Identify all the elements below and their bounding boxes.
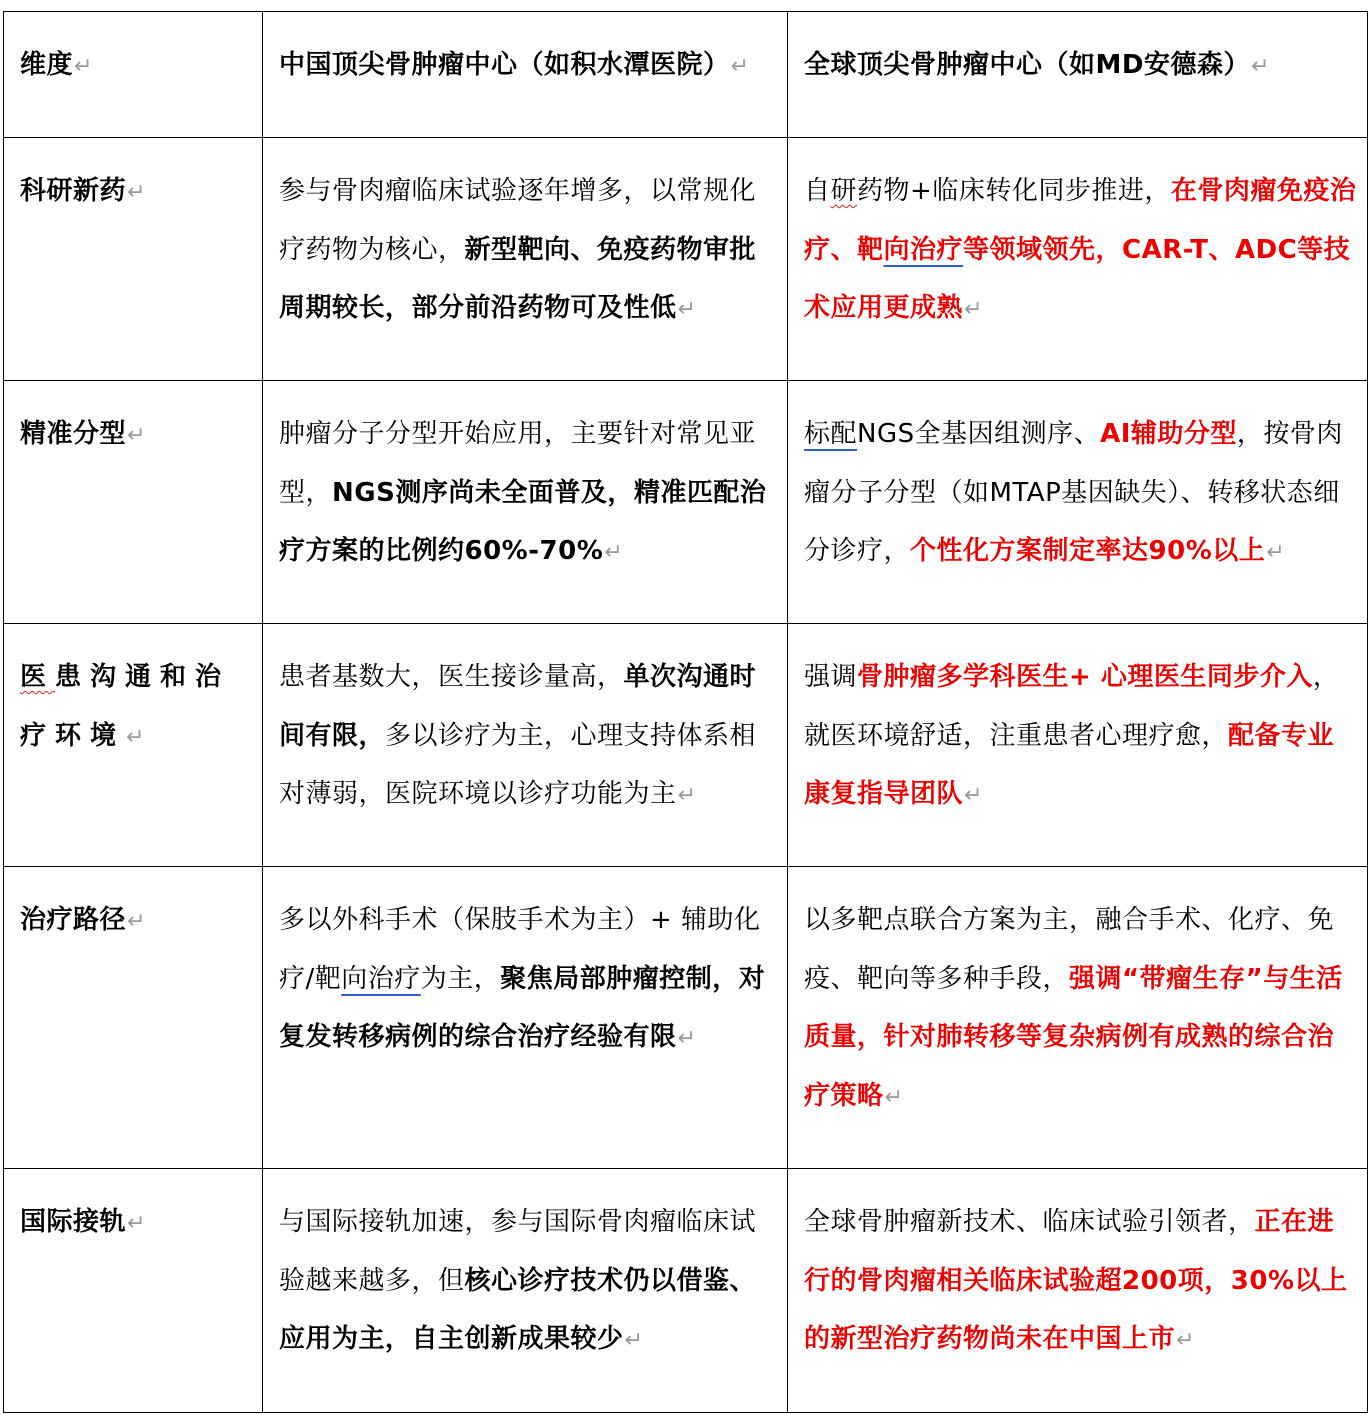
global-cell[interactable]: 全球骨肿瘤新技术、临床试验引领者，正在进行的骨肉瘤相关临床试验超200项，30%… bbox=[788, 1169, 1368, 1413]
header-row: 维度↵ 中国顶尖骨肿瘤中心（如积水潭医院）↵ 全球顶尖骨肿瘤中心（如MD安德森）… bbox=[4, 12, 1368, 138]
global-cell[interactable]: 自研药物+临床转化同步推进，在骨肉瘤免疫治疗、靶向治疗等领域领先，CAR-T、A… bbox=[788, 138, 1368, 381]
table-row: 治疗路径↵ 多以外科手术（保肢手术为主）+ 辅助化疗/靶向治疗为主，聚焦局部肿瘤… bbox=[4, 867, 1368, 1169]
global-highlight-text: 骨肿瘤多学科医生+ 心理医生同步介入 bbox=[857, 662, 1313, 692]
dimension-cell[interactable]: 治疗路径↵ bbox=[4, 867, 263, 1169]
paragraph-mark-icon: ↵ bbox=[604, 540, 623, 565]
paragraph-mark-icon: ↵ bbox=[127, 180, 146, 205]
paragraph-mark-icon: ↵ bbox=[1176, 1328, 1195, 1353]
dimension-label: 科研新药 bbox=[20, 176, 126, 206]
china-text: 患者基数大，医生接诊量高， bbox=[279, 662, 624, 692]
paragraph-mark-icon: ↵ bbox=[127, 1211, 146, 1236]
header-china-label: 中国顶尖骨肿瘤中心（如积水潭医院） bbox=[279, 50, 730, 80]
paragraph-mark-icon: ↵ bbox=[678, 1026, 697, 1051]
global-text: 药物+临床转化同步推进， bbox=[857, 176, 1171, 206]
header-cell-global[interactable]: 全球顶尖骨肿瘤中心（如MD安德森）↵ bbox=[788, 12, 1368, 138]
paragraph-mark-icon: ↵ bbox=[127, 423, 146, 448]
spellcheck-underlined-text: 研 bbox=[831, 176, 858, 206]
global-cell[interactable]: 以多靶点联合方案为主，融合手术、化疗、免疫、靶向等多种手段，强调“带瘤生存”与生… bbox=[788, 867, 1368, 1169]
global-text: NGS全基因组测序、 bbox=[857, 419, 1100, 449]
dimension-cell[interactable]: 医患沟通和治疗环境↵ bbox=[4, 624, 263, 867]
china-text-bold: NGS测序尚未全面普及，精准匹配治疗方案的比例约60%-70% bbox=[279, 478, 766, 567]
paragraph-mark-icon: ↵ bbox=[885, 1085, 904, 1110]
paragraph-mark-icon: ↵ bbox=[1251, 54, 1270, 79]
table-row: 精准分型↵ 肿瘤分子分型开始应用，主要针对常见亚型，NGS测序尚未全面普及，精准… bbox=[4, 381, 1368, 624]
paragraph-mark-icon: ↵ bbox=[126, 725, 153, 750]
header-dimension-label: 维度 bbox=[20, 50, 73, 80]
china-text: 为主， bbox=[421, 964, 501, 994]
table-row: 医患沟通和治疗环境↵ 患者基数大，医生接诊量高，单次沟通时间有限，多以诊疗为主，… bbox=[4, 624, 1368, 867]
china-cell[interactable]: 多以外科手术（保肢手术为主）+ 辅助化疗/靶向治疗为主，聚焦局部肿瘤控制，对复发… bbox=[263, 867, 788, 1169]
paragraph-mark-icon: ↵ bbox=[625, 1328, 644, 1353]
paragraph-mark-icon: ↵ bbox=[678, 297, 697, 322]
paragraph-mark-icon: ↵ bbox=[731, 54, 750, 79]
paragraph-mark-icon: ↵ bbox=[964, 297, 983, 322]
global-text: 强调 bbox=[804, 662, 857, 692]
header-global-label: 全球顶尖骨肿瘤中心（如MD安德森） bbox=[804, 50, 1250, 80]
china-cell[interactable]: 肿瘤分子分型开始应用，主要针对常见亚型，NGS测序尚未全面普及，精准匹配治疗方案… bbox=[263, 381, 788, 624]
dimension-label: 治疗路径 bbox=[20, 905, 126, 935]
grammar-underlined-text: 向治疗 bbox=[884, 235, 964, 265]
dimension-label: 国际接轨 bbox=[20, 1207, 126, 1237]
grammar-underlined-text: 向治疗 bbox=[341, 964, 421, 994]
paragraph-mark-icon: ↵ bbox=[678, 783, 697, 808]
global-text: 自 bbox=[804, 176, 831, 206]
global-highlight-text: AI辅助分型 bbox=[1100, 419, 1237, 449]
paragraph-mark-icon: ↵ bbox=[964, 783, 983, 808]
dimension-label: 精准分型 bbox=[20, 419, 126, 449]
dimension-cell[interactable]: 科研新药↵ bbox=[4, 138, 263, 381]
paragraph-mark-icon: ↵ bbox=[74, 54, 93, 79]
china-cell[interactable]: 患者基数大，医生接诊量高，单次沟通时间有限，多以诊疗为主，心理支持体系相对薄弱，… bbox=[263, 624, 788, 867]
china-cell[interactable]: 参与骨肉瘤临床试验逐年增多，以常规化疗药物为核心，新型靶向、免疫药物审批周期较长… bbox=[263, 138, 788, 381]
spellcheck-underlined-text: 医 bbox=[20, 662, 55, 692]
comparison-table: 维度↵ 中国顶尖骨肿瘤中心（如积水潭医院）↵ 全球顶尖骨肿瘤中心（如MD安德森）… bbox=[3, 11, 1368, 1413]
header-cell-china[interactable]: 中国顶尖骨肿瘤中心（如积水潭医院）↵ bbox=[263, 12, 788, 138]
dimension-cell[interactable]: 国际接轨↵ bbox=[4, 1169, 263, 1413]
table-row: 科研新药↵ 参与骨肉瘤临床试验逐年增多，以常规化疗药物为核心，新型靶向、免疫药物… bbox=[4, 138, 1368, 381]
paragraph-mark-icon: ↵ bbox=[1266, 540, 1285, 565]
global-cell[interactable]: 标配NGS全基因组测序、AI辅助分型，按骨肉瘤分子分型（如MTAP基因缺失）、转… bbox=[788, 381, 1368, 624]
paragraph-mark-icon: ↵ bbox=[127, 909, 146, 934]
header-cell-dimension[interactable]: 维度↵ bbox=[4, 12, 263, 138]
global-text: 全球骨肿瘤新技术、临床试验引领者， bbox=[804, 1207, 1255, 1237]
dimension-cell[interactable]: 精准分型↵ bbox=[4, 381, 263, 624]
global-cell[interactable]: 强调骨肿瘤多学科医生+ 心理医生同步介入，就医环境舒适，注重患者心理疗愈，配备专… bbox=[788, 624, 1368, 867]
global-highlight-text: 个性化方案制定率达90%以上 bbox=[910, 536, 1265, 566]
grammar-underlined-text: 标配 bbox=[804, 419, 857, 449]
china-cell[interactable]: 与国际接轨加速，参与国际骨肉瘤临床试验越来越多，但核心诊疗技术仍以借鉴、应用为主… bbox=[263, 1169, 788, 1413]
table-row: 国际接轨↵ 与国际接轨加速，参与国际骨肉瘤临床试验越来越多，但核心诊疗技术仍以借… bbox=[4, 1169, 1368, 1413]
